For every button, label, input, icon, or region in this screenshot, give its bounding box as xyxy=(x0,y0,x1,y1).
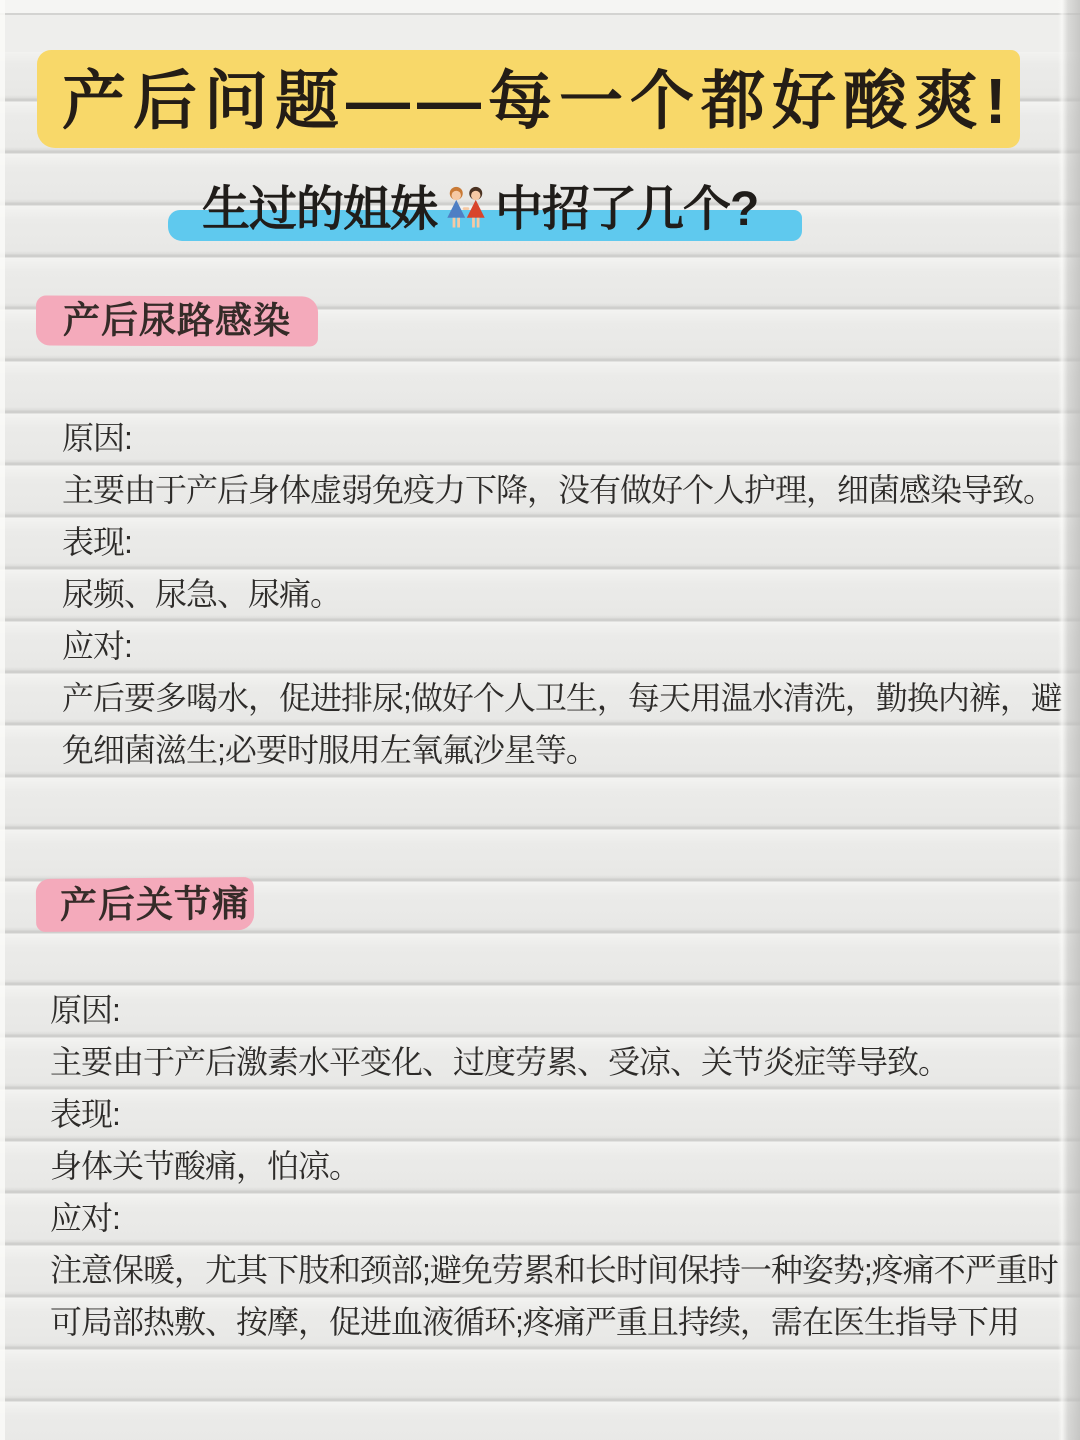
body-text-line: 可局部热敷、按摩，促进血液循环;疼痛严重且持续，需在医生指导下用 xyxy=(50,1296,1080,1348)
subtitle-text-post: 中招了几个? xyxy=(495,183,758,236)
body-text-line: 免细菌滋生;必要时服用左氧氟沙星等。 xyxy=(62,724,1080,776)
body-text-line: 注意保暖，尤其下肢和颈部;避免劳累和长时间保持一种姿势;疼痛不严重时 xyxy=(50,1244,1080,1296)
paper-top-strip xyxy=(0,0,1080,13)
body-text-line: 主要由于产后身体虚弱免疫力下降，没有做好个人护理，细菌感染导致。 xyxy=(62,464,1080,516)
body-text-line: 身体关节酸痛，怕凉。 xyxy=(50,1140,1080,1192)
subtitle: 生过的姐妹 中招了几个? xyxy=(202,182,758,247)
field-label-line: 表现: xyxy=(62,516,1080,568)
body-text-line: 主要由于产后激素水平变化、过度劳累、受凉、关节炎症等导致。 xyxy=(50,1036,1080,1088)
section-1-header-highlight: 产后尿路感染 xyxy=(36,296,318,347)
body-text-line: 尿频、尿急、尿痛。 xyxy=(62,568,1080,620)
paper-left-edge xyxy=(0,0,5,1440)
section-2-header: 产后关节痛 xyxy=(36,877,254,932)
field-label-line: 表现: xyxy=(50,1088,1080,1140)
field-label-line: 应对: xyxy=(50,1192,1080,1244)
subtitle-text-pre: 生过的姐妹 xyxy=(202,183,437,236)
page-title: 产后问题——每一个都好酸爽! xyxy=(37,53,1020,151)
field-label-line: 原因: xyxy=(50,984,1080,1036)
infographic-page: 产后问题——每一个都好酸爽! 生过的姐妹 中招了几个? 产后尿路感染 原因: 主… xyxy=(0,0,1080,1440)
field-label-line: 原因: xyxy=(62,412,1080,464)
paper-right-edge xyxy=(1058,0,1080,1440)
paper-top-rule-line xyxy=(0,13,1080,15)
title-highlight-block: 产后问题——每一个都好酸爽! xyxy=(37,50,1020,148)
section-1-header: 产后尿路感染 xyxy=(36,296,318,347)
field-label-line: 应对: xyxy=(62,620,1080,672)
two-women-emoji-icon xyxy=(440,182,492,247)
section-2-body: 原因: 主要由于产后激素水平变化、过度劳累、受凉、关节炎症等导致。 表现: 身体… xyxy=(0,984,1080,1348)
section-1-body: 原因: 主要由于产后身体虚弱免疫力下降，没有做好个人护理，细菌感染导致。 表现:… xyxy=(0,412,1080,776)
section-2-header-highlight: 产后关节痛 xyxy=(36,877,254,932)
body-text-line: 产后要多喝水，促进排尿;做好个人卫生，每天用温水清洗，勤换内裤，避 xyxy=(62,672,1080,724)
